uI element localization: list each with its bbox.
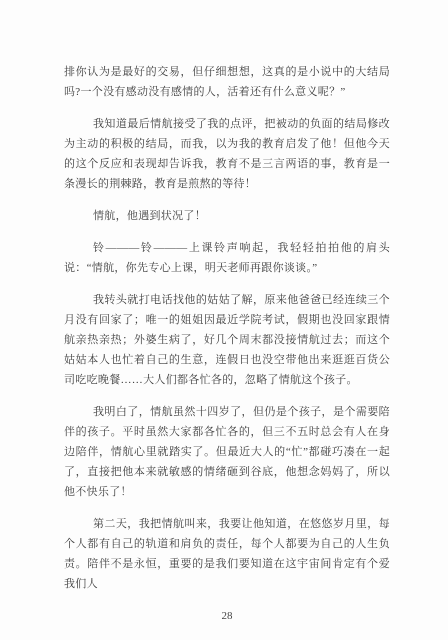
- paragraph: 我明白了，情航虽然十四岁了，但仍是个孩子，是个需要陪伴的孩子。平时虽然大家都各忙…: [64, 402, 390, 502]
- paragraph: 铃———铃———上课铃声响起，我轻轻拍拍他的肩头说：“情航，你先专心上课，明天老…: [64, 238, 390, 278]
- text-block: 排你认为是最好的交易，但仔细想想，这真的是小说中的大结局吗?一个没有感动没有感情…: [64, 62, 390, 594]
- document-page: 排你认为是最好的交易，但仔细想想，这真的是小说中的大结局吗?一个没有感动没有感情…: [0, 0, 448, 640]
- paragraph: 情航，他遇到状况了！: [64, 206, 390, 226]
- paragraph: 第二天，我把情航叫来，我要让他知道，在悠悠岁月里，每个人都有自己的轨道和肩负的责…: [64, 514, 390, 594]
- paragraph: 我知道最后情航接受了我的点评，把被动的负面的结局修改为主动的积极的结局，而我，以…: [64, 114, 390, 194]
- paragraph-continuation: 排你认为是最好的交易，但仔细想想，这真的是小说中的大结局吗?一个没有感动没有感情…: [64, 62, 390, 102]
- page-number: 28: [64, 606, 390, 626]
- paragraph: 我转头就打电话找他的姑姑了解，原来他爸爸已经连续三个月没有回家了；唯一的姐姐因最…: [64, 290, 390, 390]
